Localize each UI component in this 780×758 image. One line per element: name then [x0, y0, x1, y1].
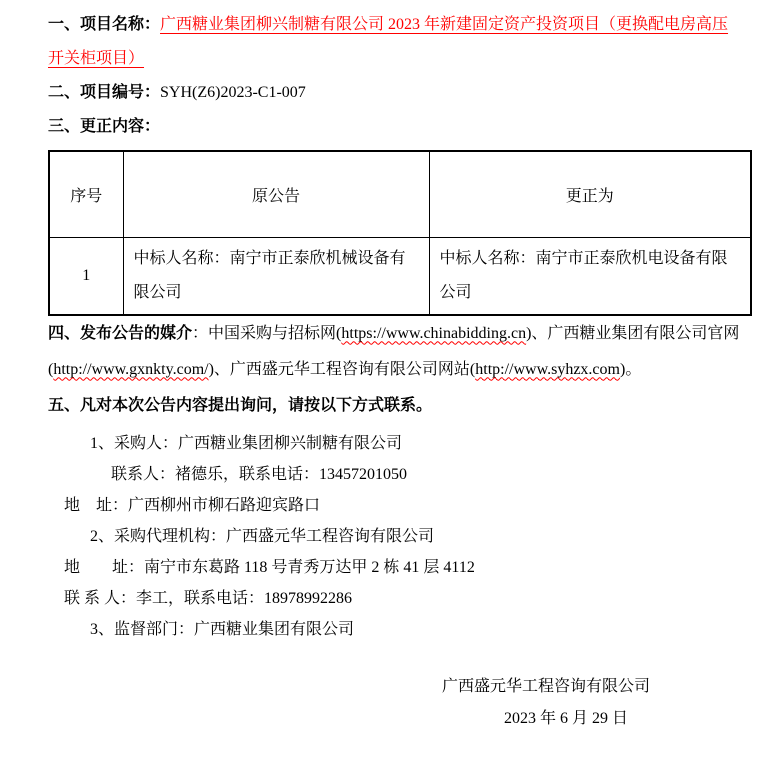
media-colon: ： — [192, 325, 208, 342]
correction-table: 序号 原公告 更正为 1 中标人名称：南宁市正泰欣机械设备有限公司 中标人名称：… — [48, 150, 752, 316]
table-header-original: 原公告 — [123, 151, 429, 237]
project-name-label: 一、项目名称： — [48, 16, 160, 33]
url-chinabidding: https://www.chinabidding.cn — [341, 325, 526, 342]
contact-line-agency-person: 联 系 人：李工，联系电话：18978992286 — [48, 583, 750, 614]
project-name-value-line1: 广西糖业集团柳兴制糖有限公司 2023 年新建固定资产投资项目（更换配电房高压 — [160, 16, 728, 33]
url-gxnkty: http://www.gxnkty.com/ — [53, 361, 208, 378]
project-number-value: SYH(Z6)2023-C1-007 — [160, 84, 306, 101]
media-text-4: )。 — [620, 361, 641, 378]
table-cell-no: 1 — [49, 237, 123, 315]
signature-date: 2023 年 6 月 29 日 — [48, 703, 750, 735]
section-project-name: 一、项目名称：广西糖业集团柳兴制糖有限公司 2023 年新建固定资产投资项目（更… — [48, 8, 750, 42]
table-header-no: 序号 — [49, 151, 123, 237]
section-project-name-wrap: 开关柜项目） — [48, 42, 750, 76]
contact-line-agency: 2、采购代理机构：广西盛元华工程咨询有限公司 — [48, 521, 750, 552]
project-name-value-line2: 开关柜项目） — [48, 50, 144, 67]
media-label: 四、发布公告的媒介 — [48, 325, 192, 342]
table-row: 1 中标人名称：南宁市正泰欣机械设备有限公司 中标人名称：南宁市正泰欣机电设备有… — [49, 237, 751, 315]
project-number-label: 二、项目编号： — [48, 84, 160, 101]
contact-line-purchaser-person: 联系人：褚德乐，联系电话：13457201050 — [48, 459, 750, 490]
table-cell-corrected: 中标人名称：南宁市正泰欣机电设备有限公司 — [429, 237, 751, 315]
contact-line-agency-address: 地 址：南宁市东葛路 118 号青秀万达甲 2 栋 41 层 4112 — [48, 552, 750, 583]
table-cell-original: 中标人名称：南宁市正泰欣机械设备有限公司 — [123, 237, 429, 315]
signature-company: 广西盛元华工程咨询有限公司 — [48, 671, 750, 703]
url-syhzx: http://www.syhzx.com — [475, 361, 620, 378]
contact-line-purchaser: 1、采购人：广西糖业集团柳兴制糖有限公司 — [48, 428, 750, 459]
media-text-3: )、广西盛元华工程咨询有限公司网站( — [209, 361, 476, 378]
section-project-number: 二、项目编号：SYH(Z6)2023-C1-007 — [48, 76, 750, 110]
table-header-row: 序号 原公告 更正为 — [49, 151, 751, 237]
contact-line-supervisor: 3、监督部门：广西糖业集团有限公司 — [48, 614, 750, 645]
section-correction-content: 三、更正内容： — [48, 110, 750, 144]
media-text-1: 中国采购与招标网( — [208, 325, 341, 342]
table-header-corrected: 更正为 — [429, 151, 751, 237]
contact-heading-label: 五、凡对本次公告内容提出询问，请按以下方式联系。 — [48, 397, 432, 414]
correction-content-label: 三、更正内容： — [48, 118, 160, 135]
section-contact-heading: 五、凡对本次公告内容提出询问，请按以下方式联系。 — [48, 388, 750, 424]
announcement-document-page: 一、项目名称：广西糖业集团柳兴制糖有限公司 2023 年新建固定资产投资项目（更… — [0, 0, 780, 758]
section-media: 四、发布公告的媒介：中国采购与招标网(https://www.chinabidd… — [48, 316, 750, 388]
contact-line-purchaser-address: 地 址：广西柳州市柳石路迎宾路口 — [48, 490, 750, 521]
